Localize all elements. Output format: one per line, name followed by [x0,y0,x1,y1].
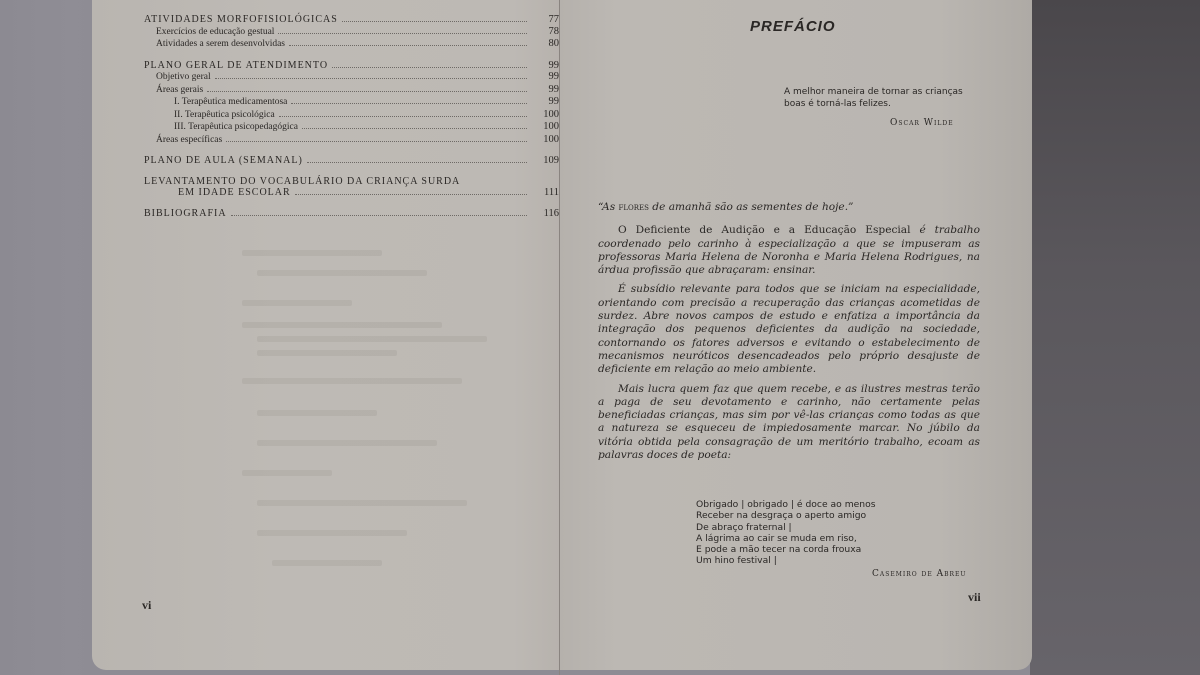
toc-entry: Atividades a serem desenvolvidas80 [144,38,559,51]
toc-entry: Objetivo geral99 [144,71,559,84]
show-through-text [257,500,467,506]
show-through-text [257,410,377,416]
show-through-text [242,470,332,476]
motto: “As flores de amanhã são as sementes de … [598,201,980,214]
poem-line: Um hino festival | [696,555,876,566]
paragraph: O Deficiente de Audição e a Educação Esp… [598,224,980,277]
page-number: vii [968,590,981,605]
epigraph-author: Oscar Wilde [890,118,954,128]
toc-entry: Plano de aula (semanal)109 [144,155,559,167]
poem-line: Obrigado | obrigado | é doce ao menos [696,499,876,510]
preface-body: “As flores de amanhã são as sementes de … [598,201,980,468]
page-number: vi [142,598,151,613]
toc-entry: III. Terapêutica psicopedagógica100 [144,121,559,134]
toc-entry: I. Terapêutica medicamentosa99 [144,96,559,109]
show-through-text [272,560,382,566]
toc-group-plano-aula: Plano de aula (semanal)109 [144,155,559,167]
poem-line: E pode a mão tecer na corda frouxa [696,544,876,555]
paragraph: Mais lucra quem faz que quem recebe, e a… [598,383,980,463]
poem-line: A lágrima ao cair se muda em riso, [696,533,876,544]
toc-group-atividades: Atividades morfofisiológicas77 Exercício… [144,14,559,51]
toc-entry: Plano geral de atendimento99 [144,60,559,72]
poem-author: Casemiro de Abreu [872,569,966,579]
toc-group-plano-geral: Plano geral de atendimento99 Objetivo ge… [144,60,559,147]
toc-entry: Atividades morfofisiológicas77 [144,14,559,26]
toc-group-bibliografia: Bibliografia116 [144,208,559,220]
poem: Obrigado | obrigado | é doce ao menos Re… [696,499,876,567]
paragraph: É subsídio relevante para todos que se i… [598,283,980,376]
toc-entry: II. Terapêutica psicológica100 [144,109,559,122]
background-dark [1030,0,1200,675]
book-spine [559,0,560,675]
show-through-text [242,322,442,328]
left-page: Atividades morfofisiológicas77 Exercício… [92,0,560,670]
right-page: PREFÁCIO A melhor maneira de tornar as c… [560,0,1032,670]
toc-entry: Áreas específicas100 [144,134,559,147]
poem-line: Receber na desgraça o aperto amigo [696,510,876,521]
show-through-text [257,350,397,356]
show-through-text [257,270,427,276]
page-title: PREFÁCIO [750,18,836,35]
toc-entry: Levantamento do vocabulário da criança s… [144,176,559,188]
show-through-text [242,300,352,306]
show-through-text [257,440,437,446]
show-through-text [242,378,462,384]
toc-group-levantamento: Levantamento do vocabulário da criança s… [144,176,559,199]
show-through-text [242,250,382,256]
show-through-text [257,336,487,342]
poem-line: De abraço fraternal | [696,522,876,533]
toc-entry: Bibliografia116 [144,208,559,220]
toc-entry: em idade escolar111 [144,187,559,199]
toc-entry: Áreas gerais99 [144,84,559,97]
epigraph: A melhor maneira de tornar as crianças b… [784,86,984,110]
show-through-text [257,530,407,536]
table-of-contents: Atividades morfofisiológicas77 Exercício… [144,14,559,228]
toc-entry: Exercícios de educação gestual78 [144,26,559,39]
